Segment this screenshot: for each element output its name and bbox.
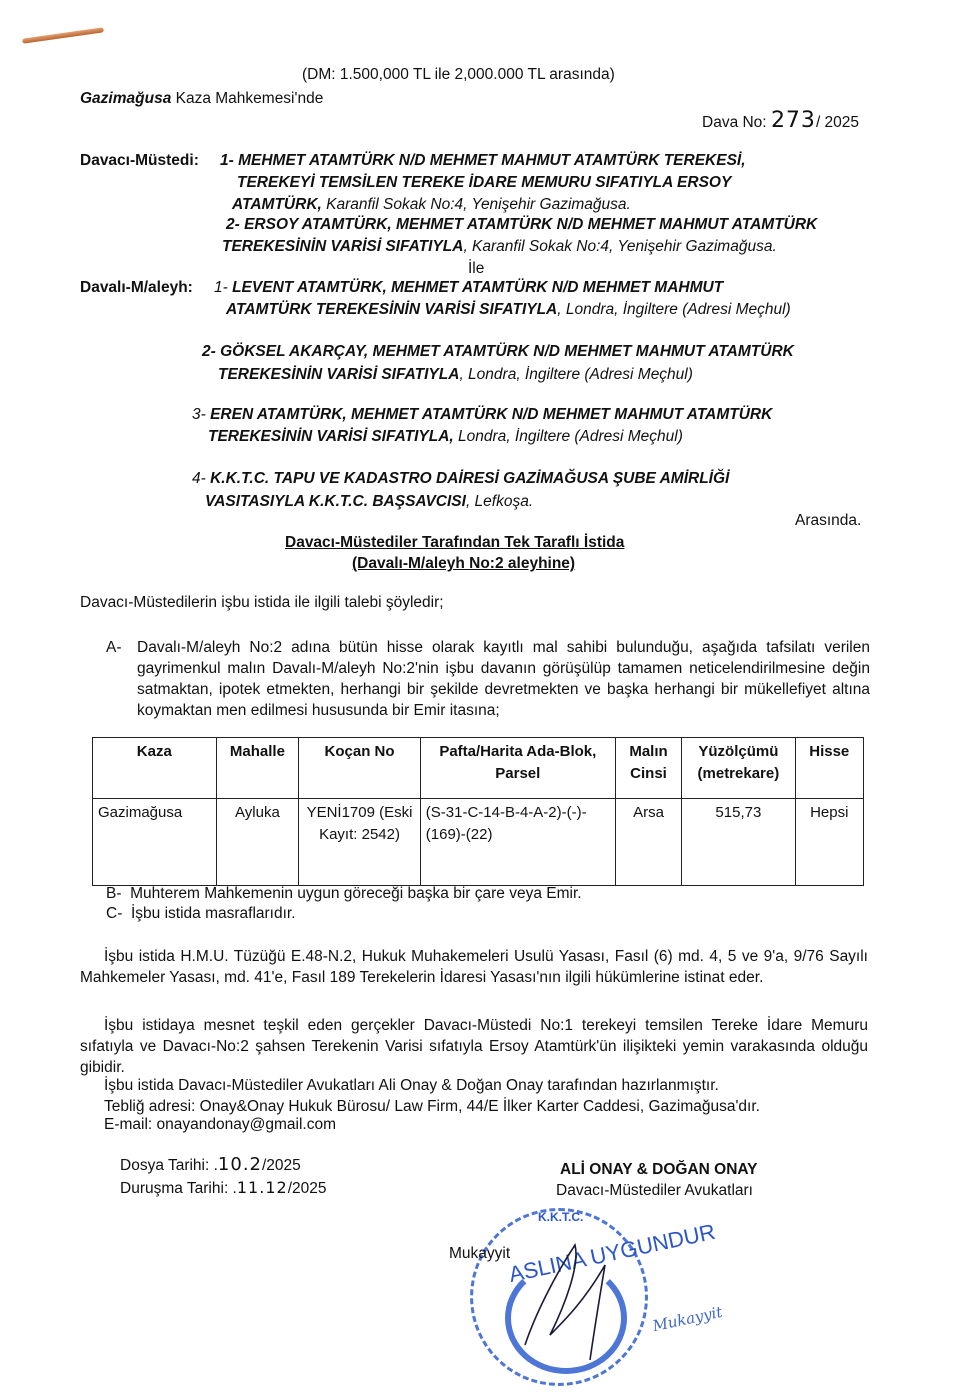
plaintiff-2-line2: TEREKESİNİN VARİSİ SIFATIYLA, Karanfil S… (222, 238, 777, 256)
petition-subtitle: (Davalı-M/aleyh No:2 aleyhine) (352, 555, 575, 573)
plaintiff-1-address: Karanfil Sokak No:4, Yenişehir Gazimağus… (322, 196, 631, 213)
intro-text: Davacı-Müstedilerin işbu istida ile ilgi… (80, 594, 444, 612)
cell-malin-cinsi: Arsa (615, 799, 681, 886)
registrar-label: Mukayyit (449, 1245, 510, 1263)
table-row: Gazimağusa Ayluka YENİ1709 (Eski Kayıt: … (93, 799, 864, 886)
plaintiff-1-line3: ATAMTÜRK, Karanfil Sokak No:4, Yenişehir… (232, 196, 631, 214)
request-b: B- Muhterem Mahkemenin uygun göreceği ba… (106, 885, 582, 903)
legal-basis-paragraph: İşbu istida H.M.U. Tüzüğü E.48-N.2, Huku… (80, 946, 868, 988)
col-yuzolcumu: Yüzölçümü (metrekare) (682, 738, 795, 799)
col-mahalle: Mahalle (216, 738, 299, 799)
stamp-top-text: K.K.T.C. (538, 1210, 583, 1224)
court-city: Gazimağusa (80, 90, 171, 107)
defendant-4-name: K.K.T.C. TAPU VE KADASTRO DAİRESİ GAZİMA… (210, 470, 729, 487)
defendant-1-line2: ATAMTÜRK TEREKESİNİN VARİSİ SIFATIYLA, L… (226, 301, 791, 319)
lawyers-role: Davacı-Müstediler Avukatları (556, 1182, 753, 1200)
defendant-3-role: TEREKESİNİN VARİSİ SIFATIYLA, (208, 428, 454, 445)
filing-date: Dosya Tarihi: .10.2/2025 (120, 1154, 301, 1175)
plaintiff-1-line2: TEREKEYİ TEMSİLEN TEREKE İDARE MEMURU SI… (237, 174, 731, 192)
court-heading: Gazimağusa Kaza Mahkemesi'nde (80, 90, 323, 108)
col-kaza: Kaza (93, 738, 217, 799)
request-c-key: C- (106, 905, 122, 922)
col-pafta: Pafta/Harita Ada-Blok, Parsel (420, 738, 615, 799)
plaintiff-2-role-end: TEREKESİNİN VARİSİ SIFATIYLA (222, 238, 463, 255)
facts-paragraph: İşbu istidaya mesnet teşkil eden gerçekl… (80, 1015, 868, 1078)
stamp-registrar: Mukayyit (651, 1303, 724, 1335)
defendant-2-role: TEREKESİNİN VARİSİ SIFATIYLA (218, 366, 459, 383)
defendant-3-line2: TEREKESİNİN VARİSİ SIFATIYLA, Londra, İn… (208, 428, 683, 446)
request-a-key: A- (106, 637, 122, 658)
case-number: Dava No: 273/ 2025 (702, 108, 859, 133)
defendant-4-role: VASITASIYLA K.K.T.C. BAŞSAVCISI (205, 493, 466, 510)
plaintiff-1-line1: 1- MEHMET ATAMTÜRK N/D MEHMET MAHMUT ATA… (220, 152, 746, 170)
defendant-1-name: LEVENT ATAMTÜRK, MEHMET ATAMTÜRK N/D MEH… (232, 279, 723, 296)
email-line: E-mail: onayandonay@gmail.com (104, 1116, 336, 1134)
filing-date-year: /2025 (262, 1157, 301, 1174)
defendant-3-name: EREN ATAMTÜRK, MEHMET ATAMTÜRK N/D MEHME… (210, 406, 772, 423)
cell-kaza: Gazimağusa (93, 799, 217, 886)
connector-ile: İle (468, 260, 484, 278)
case-number-handwritten: 273 (771, 108, 816, 133)
defendant-1-line1: 1- LEVENT ATAMTÜRK, MEHMET ATAMTÜRK N/D … (214, 279, 723, 297)
defendant-3-address: Londra, İngiltere (Adresi Meçhul) (454, 428, 683, 445)
cell-hisse: Hepsi (795, 799, 863, 886)
defendant-1-role: ATAMTÜRK TEREKESİNİN VARİSİ SIFATIYLA (226, 301, 557, 318)
defendant-4-line2: VASITASIYLA K.K.T.C. BAŞSAVCISI, Lefkoşa… (205, 493, 533, 511)
defendant-3-number: 3- (192, 406, 210, 423)
defendant-2-number: 2- (202, 343, 220, 360)
cell-yuzolcumu: 515,73 (682, 799, 795, 886)
col-hisse: Hisse (795, 738, 863, 799)
defendant-2-line2: TEREKESİNİN VARİSİ SIFATIYLA, Londra, İn… (218, 366, 693, 384)
plaintiff-2-line1: 2- ERSOY ATAMTÜRK, MEHMET ATAMTÜRK N/D M… (226, 216, 817, 234)
cell-mahalle: Ayluka (216, 799, 299, 886)
defendant-4-line1: 4- K.K.T.C. TAPU VE KADASTRO DAİRESİ GAZ… (192, 470, 729, 488)
request-a: A- Davalı-M/aleyh No:2 adına bütün hisse… (106, 637, 870, 721)
plaintiffs-label: Davacı-Müstedi: (80, 152, 199, 170)
case-year: / 2025 (816, 114, 859, 131)
hearing-date-handwritten: 11.12 (237, 1178, 288, 1197)
defendant-1-address: , Londra, İngiltere (Adresi Meçhul) (557, 301, 790, 318)
table-header-row: Kaza Mahalle Koçan No Pafta/Harita Ada-B… (93, 738, 864, 799)
case-label: Dava No: (702, 114, 767, 131)
request-c-text: İşbu istida masraflarıdır. (131, 905, 296, 922)
cell-pafta: (S-31-C-14-B-4-A-2)-(-)-(169)-(22) (420, 799, 615, 886)
legal-basis-text: İşbu istida H.M.U. Tüzüğü E.48-N.2, Huku… (80, 946, 868, 988)
lawyers-names: ALİ ONAY & DOĞAN ONAY (560, 1161, 758, 1179)
dm-range: (DM: 1.500,000 TL ile 2,000.000 TL arası… (302, 66, 615, 84)
facts-text: İşbu istidaya mesnet teşkil eden gerçekl… (80, 1015, 868, 1078)
col-malin-cinsi: Malın Cinsi (615, 738, 681, 799)
defendant-2-address: , Londra, İngiltere (Adresi Meçhul) (459, 366, 692, 383)
defendants-label: Davalı-M/aleyh: (80, 279, 193, 297)
pencil-mark (22, 27, 104, 43)
request-c: C- İşbu istida masraflarıdır. (106, 905, 296, 923)
request-b-text: Muhterem Mahkemenin uygun göreceği başka… (130, 885, 581, 902)
signature (505, 1225, 645, 1365)
defendant-2-line1: 2- GÖKSEL AKARÇAY, MEHMET ATAMTÜRK N/D M… (202, 343, 794, 361)
defendant-2-name: GÖKSEL AKARÇAY, MEHMET ATAMTÜRK N/D MEHM… (220, 343, 794, 360)
hearing-date-year: /2025 (288, 1180, 327, 1197)
service-address: Tebliğ adresi: Onay&Onay Hukuk Bürosu/ L… (104, 1098, 760, 1116)
hearing-date: Duruşma Tarihi: .11.12/2025 (120, 1178, 326, 1198)
plaintiff-2-name: 2- ERSOY ATAMTÜRK, (226, 216, 392, 233)
plaintiff-1-name-end: ATAMTÜRK, (232, 196, 322, 213)
prepared-by: İşbu istida Davacı-Müstediler Avukatları… (104, 1077, 719, 1095)
property-table: Kaza Mahalle Koçan No Pafta/Harita Ada-B… (92, 737, 864, 886)
request-a-text: Davalı-M/aleyh No:2 adına bütün hisse ol… (137, 637, 870, 721)
col-kocan-no: Koçan No (299, 738, 421, 799)
defendant-1-number: 1- (214, 279, 232, 296)
defendant-3-line1: 3- EREN ATAMTÜRK, MEHMET ATAMTÜRK N/D ME… (192, 406, 772, 424)
plaintiff-2-role: MEHMET ATAMTÜRK N/D MEHMET MAHMUT ATAMTÜ… (392, 216, 818, 233)
filing-date-handwritten: 10.2 (218, 1154, 262, 1175)
cell-kocan-no: YENİ1709 (Eski Kayıt: 2542) (299, 799, 421, 886)
defendant-4-address: , Lefkoşa. (466, 493, 533, 510)
plaintiff-2-address: , Karanfil Sokak No:4, Yenişehir Gazimağ… (463, 238, 776, 255)
court-name: Kaza Mahkemesi'nde (171, 90, 323, 107)
defendant-4-number: 4- (192, 470, 210, 487)
request-b-key: B- (106, 885, 122, 902)
hearing-date-label: Duruşma Tarihi: . (120, 1180, 237, 1197)
petition-title: Davacı-Müstediler Tarafından Tek Taraflı… (285, 534, 624, 552)
filing-date-label: Dosya Tarihi: . (120, 1157, 218, 1174)
between-label: Arasında. (795, 512, 861, 530)
